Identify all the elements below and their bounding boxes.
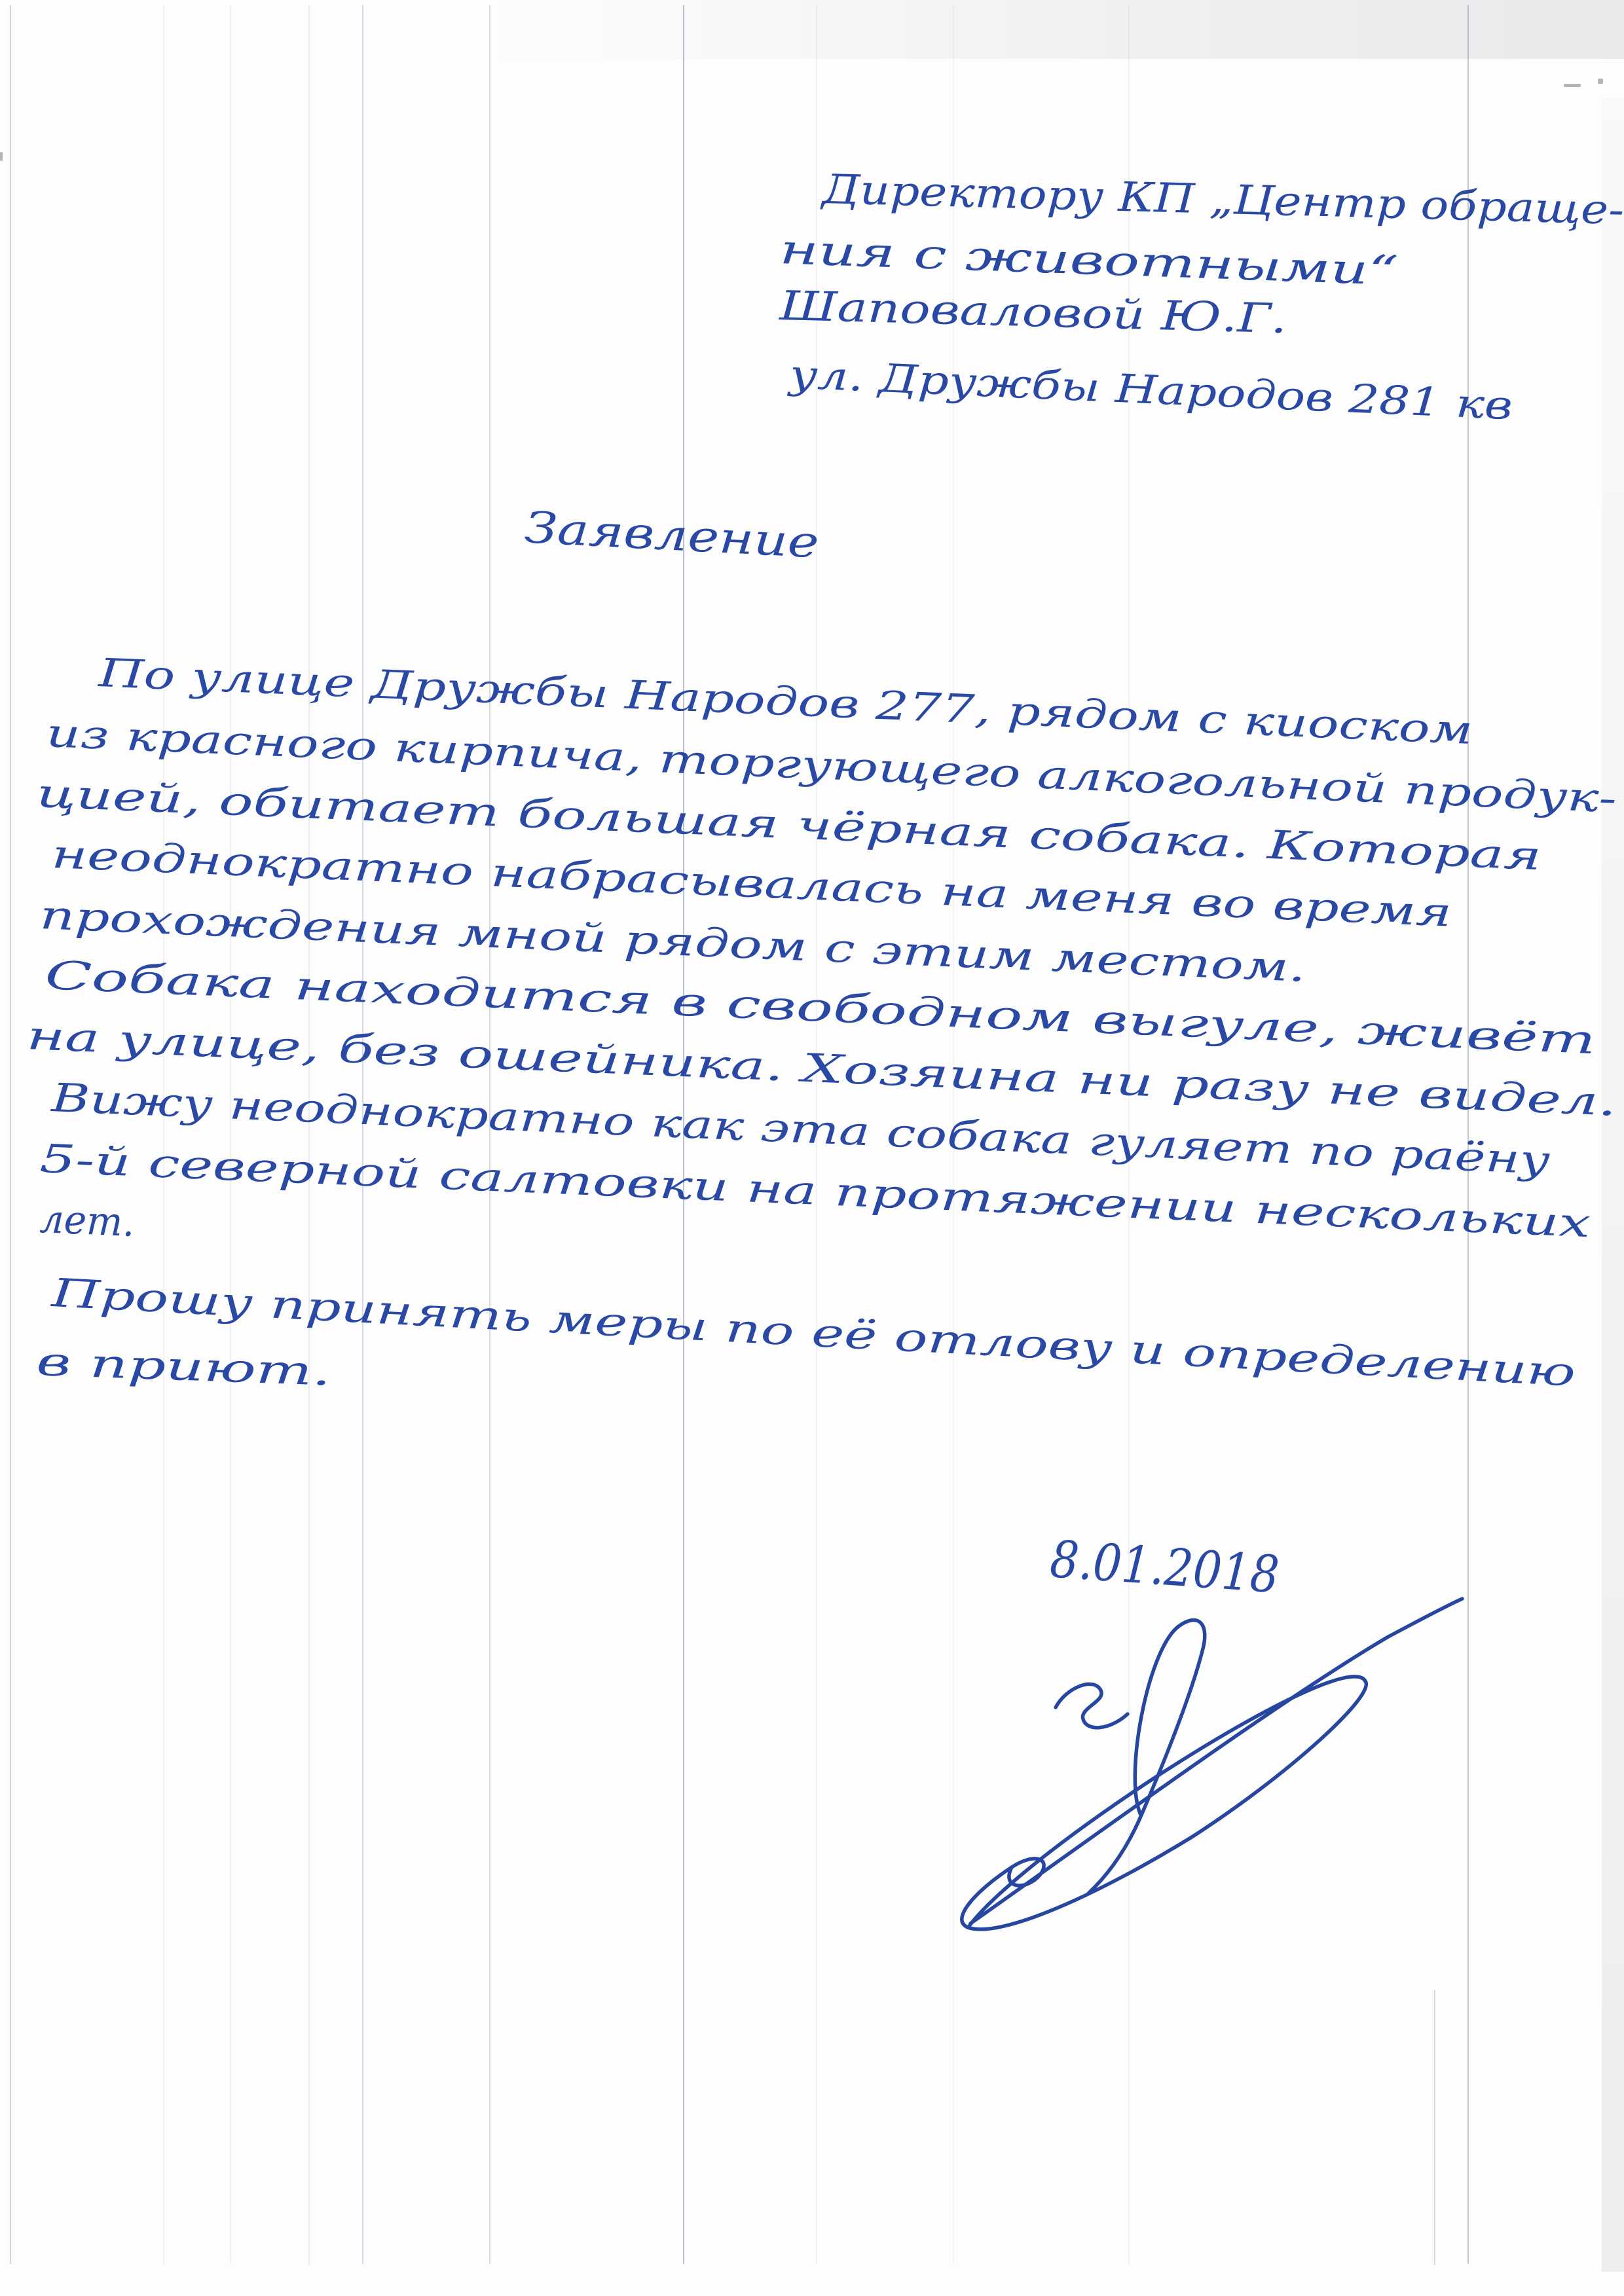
body-line: в приют. bbox=[35, 1339, 331, 1395]
handwriting-layer: Директору КП „Центр обраще- ния с животн… bbox=[0, 0, 1624, 2296]
signature-flourish bbox=[962, 1599, 1462, 1929]
sender-address-line: ул. Дружбы Народов 281 кв bbox=[786, 352, 1514, 429]
recipient-line-1: Директору КП „Центр обраще- bbox=[819, 165, 1624, 234]
signature-stroke bbox=[1056, 1684, 1128, 1727]
recipient-line-3: Шаповаловой Ю.Г. bbox=[778, 282, 1287, 342]
date-handwritten: 8.01.2018 bbox=[1048, 1530, 1281, 1605]
body-line: лет. bbox=[39, 1196, 136, 1246]
signature-stroke bbox=[962, 1677, 1367, 1929]
document-title: Заявление bbox=[523, 502, 820, 568]
scanned-letter-page: Директору КП „Центр обраще- ния с животн… bbox=[0, 0, 1624, 2296]
signature-stroke bbox=[970, 1599, 1462, 1923]
